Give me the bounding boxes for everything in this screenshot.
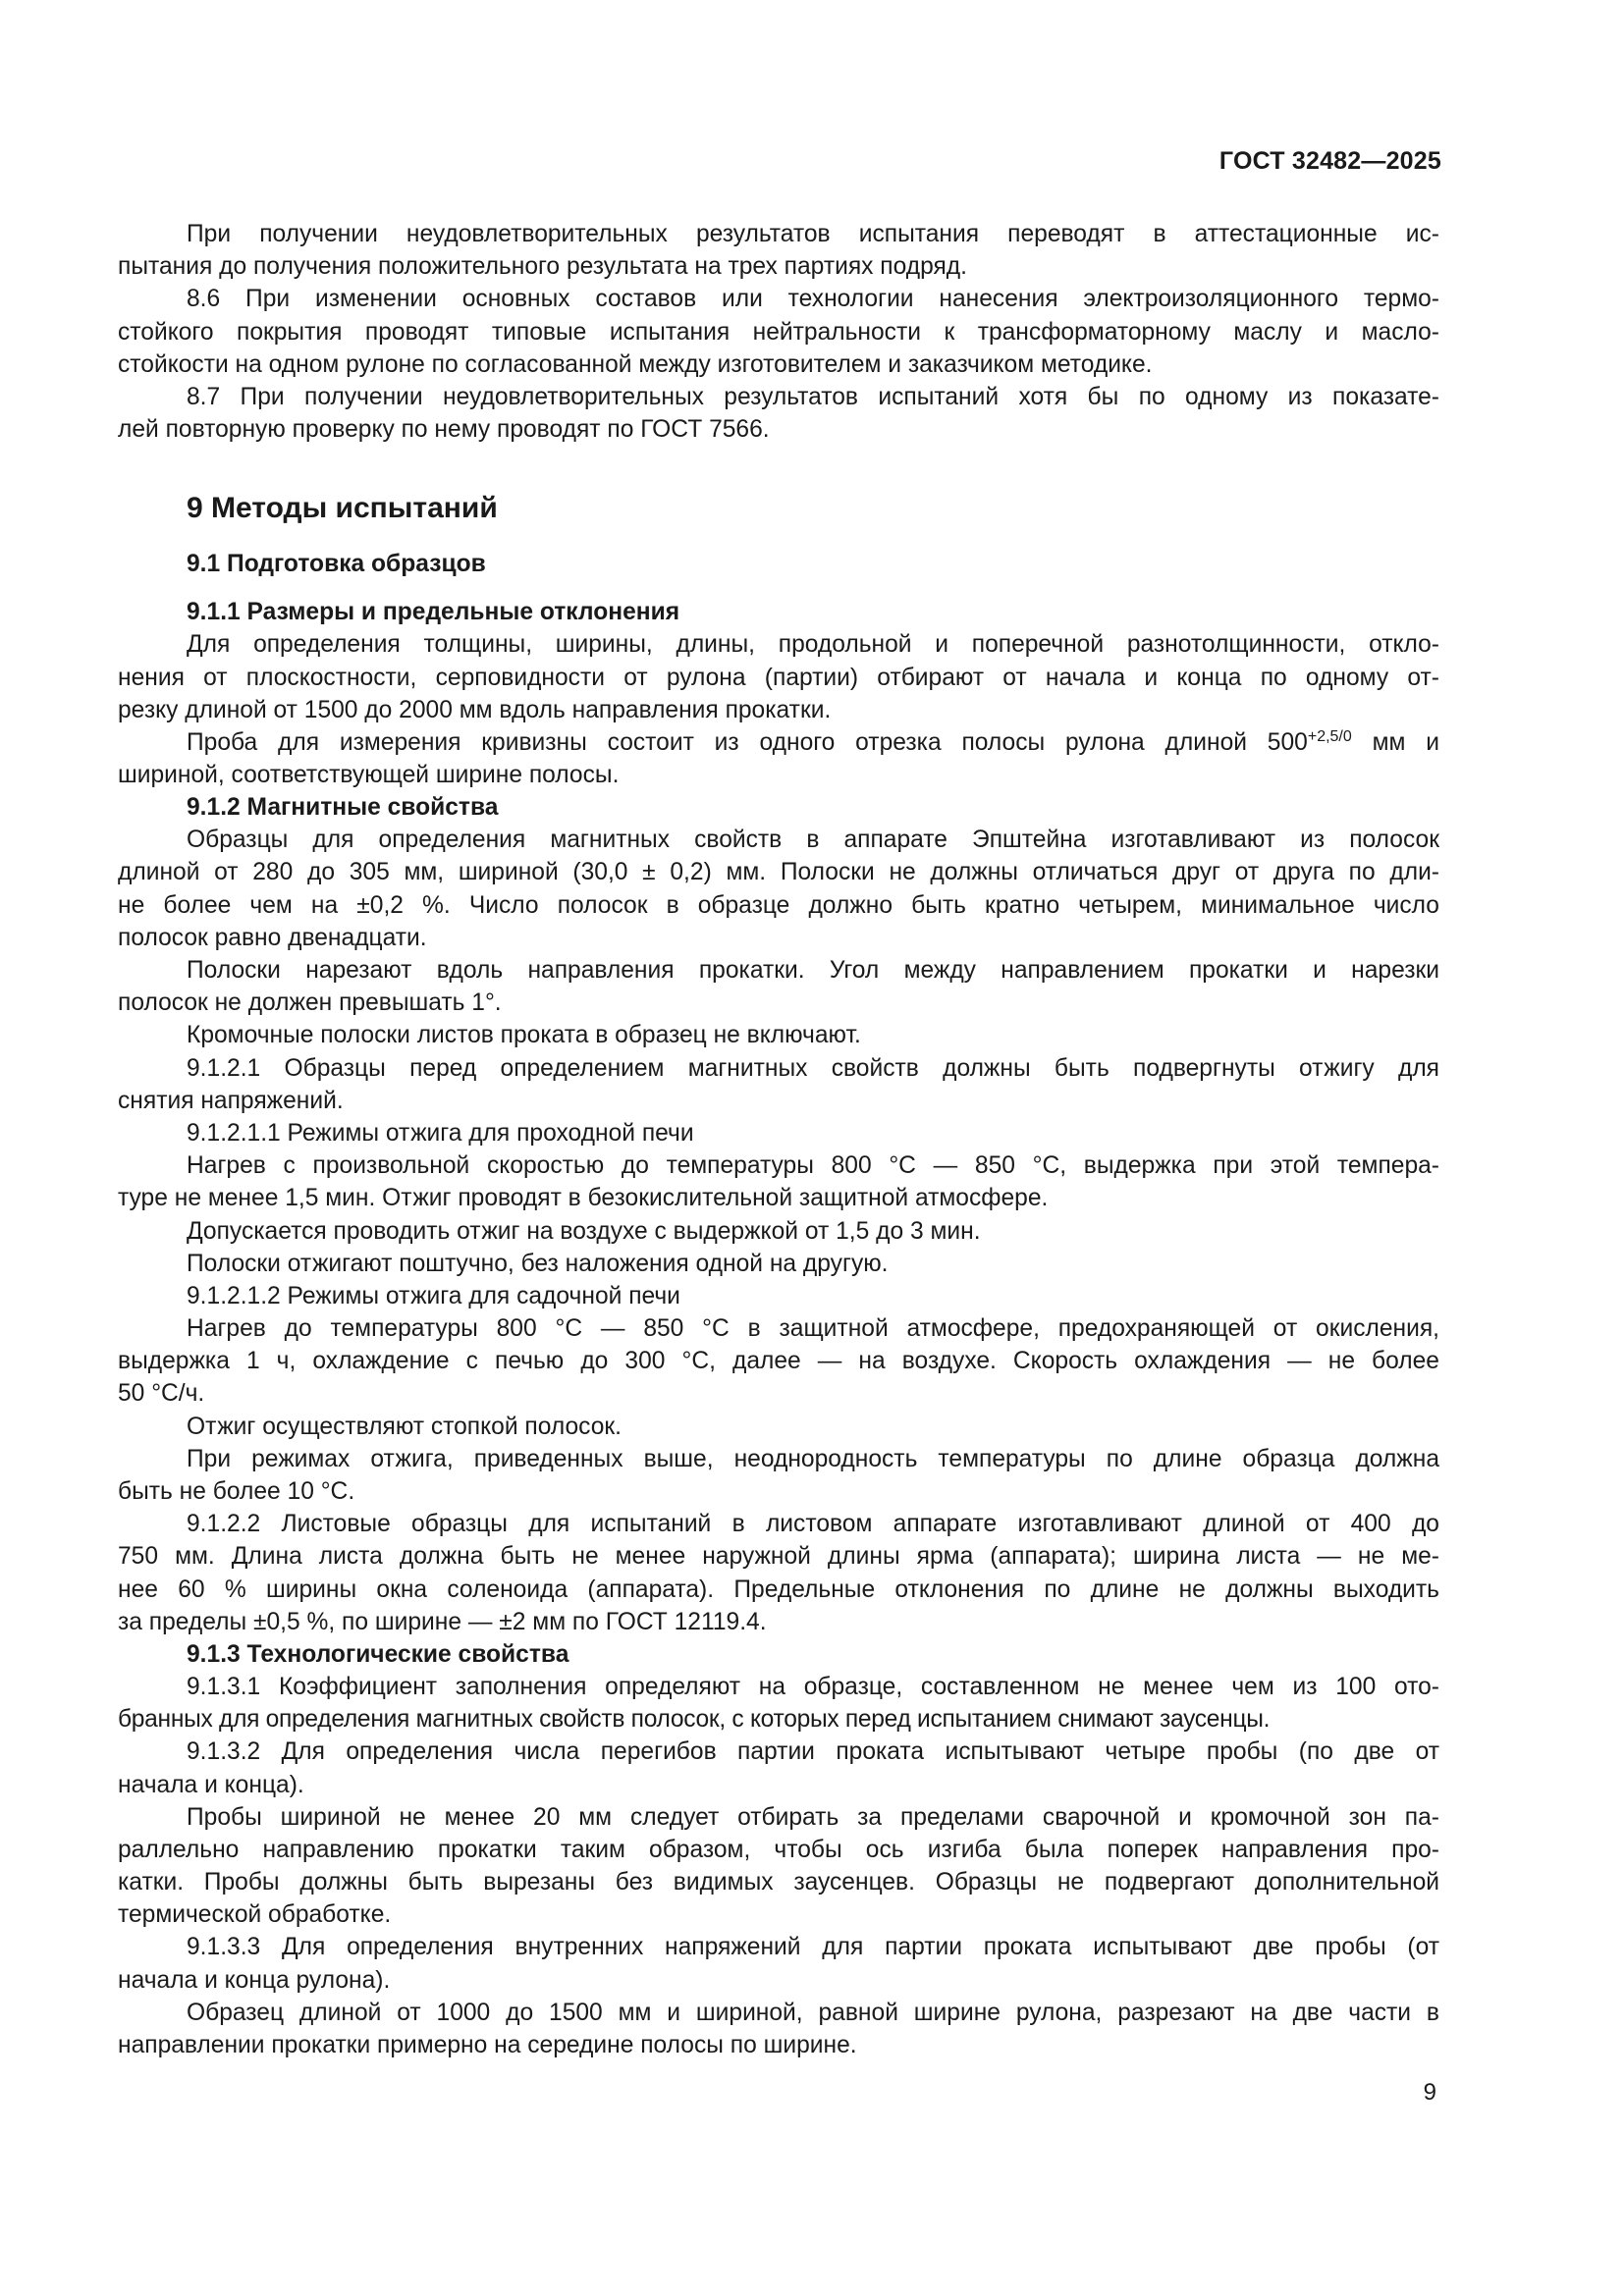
clause-heading-9-1-2-1-2: 9.1.2.1.2 Режимы отжига для садочной печ… xyxy=(118,1280,1439,1312)
subsection-heading-9-1-2: 9.1.2 Магнитные свойства xyxy=(118,791,1439,824)
text-line: 9.1.3.3 Для определения внутренних напря… xyxy=(118,1931,1439,1963)
text-line: 8.6 При изменении основных составов или … xyxy=(118,283,1439,315)
text-line: за пределы ±0,5 %, по ширине — ±2 мм по … xyxy=(118,1606,1439,1638)
text-line: стойкости на одном рулоне по согласованн… xyxy=(118,348,1439,381)
paragraph-9-1-2-1-2-p3: При режимах отжига, приведенных выше, не… xyxy=(118,1443,1439,1508)
text-line: длиной от 280 до 305 мм, шириной (30,0 ±… xyxy=(118,856,1439,888)
subsection-heading-9-1-1: 9.1.1 Размеры и предельные отклонения xyxy=(118,596,1439,628)
paragraph-9-1-3-2-p2: Пробы шириной не менее 20 мм следует отб… xyxy=(118,1801,1439,1932)
paragraph-9-1-3-3-p2: Образец длиной от 1000 до 1500 мм и шири… xyxy=(118,1997,1439,2061)
paragraph-9-1-2-1-2-p2: Отжиг осуществляют стопкой полосок. xyxy=(118,1411,1439,1443)
text-line: раллельно направлению прокатки таким обр… xyxy=(118,1834,1439,1866)
text-line: полосок равно двенадцати. xyxy=(118,922,1439,954)
text-line: Нагрев до температуры 800 °C — 850 °C в … xyxy=(118,1312,1439,1345)
paragraph-9-1-2-1-1-p2: Допускается проводить отжиг на воздухе с… xyxy=(118,1215,1439,1248)
text-line: Проба для измерения кривизны состоит из … xyxy=(118,726,1439,759)
text-line: 9.1.2.2 Листовые образцы для испытаний в… xyxy=(118,1508,1439,1540)
text-line: туре не менее 1,5 мин. Отжиг проводят в … xyxy=(118,1182,1439,1214)
paragraph-9-1-2-p1: Образцы для определения магнитных свойст… xyxy=(118,824,1439,954)
paragraph-8-6: 8.6 При изменении основных составов или … xyxy=(118,283,1439,381)
section-heading-9: 9 Методы испытаний xyxy=(118,489,1439,528)
text-line: катки. Пробы должны быть вырезаны без ви… xyxy=(118,1866,1439,1898)
text-run: мм и xyxy=(1352,729,1439,756)
paragraph-9-1-2-1-2-p1: Нагрев до температуры 800 °C — 850 °C в … xyxy=(118,1312,1439,1411)
text-line: Образцы для определения магнитных свойст… xyxy=(118,824,1439,856)
text-line: начала и конца). xyxy=(118,1769,1439,1801)
text-line: Полоски нарезают вдоль направления прока… xyxy=(118,954,1439,987)
paragraph-8-7: 8.7 При получении неудовлетворительных р… xyxy=(118,381,1439,446)
text-line: Для определения толщины, ширины, длины, … xyxy=(118,628,1439,661)
text-line: не более чем на ±0,2 %. Число полосок в … xyxy=(118,889,1439,922)
text-line: начала и конца рулона). xyxy=(118,1964,1439,1997)
paragraph-9-1-2-2: 9.1.2.2 Листовые образцы для испытаний в… xyxy=(118,1508,1439,1638)
paragraph-9-1-2-p3: Кромочные полоски листов проката в образ… xyxy=(118,1019,1439,1051)
document-code: ГОСТ 32482—2025 xyxy=(1219,147,1441,176)
text-line: нее 60 % ширины окна соленоида (аппарата… xyxy=(118,1574,1439,1606)
paragraph-8-5-tail: При получении неудовлетворительных резул… xyxy=(118,218,1439,283)
text-line: 750 мм. Длина листа должна быть не менее… xyxy=(118,1540,1439,1573)
paragraph-9-1-1-p2: Проба для измерения кривизны состоит из … xyxy=(118,726,1439,791)
paragraph-9-1-1-p1: Для определения толщины, ширины, длины, … xyxy=(118,628,1439,726)
page-body: При получении неудовлетворительных резул… xyxy=(118,218,1439,2061)
text-line: 9.1.3.1 Коэффициент заполнения определяю… xyxy=(118,1671,1439,1703)
paragraph-9-1-3-1: 9.1.3.1 Коэффициент заполнения определяю… xyxy=(118,1671,1439,1735)
text-line: 8.7 При получении неудовлетворительных р… xyxy=(118,381,1439,413)
text-line: направлении прокатки примерно на середин… xyxy=(118,2029,1439,2061)
text-line: 9.1.3.2 Для определения числа перегибов … xyxy=(118,1735,1439,1768)
text-line: нения от плоскостности, серповидности от… xyxy=(118,662,1439,694)
clause-heading-9-1-2-1-1: 9.1.2.1.1 Режимы отжига для проходной пе… xyxy=(118,1117,1439,1149)
paragraph-9-1-2-1-1-p3: Полоски отжигают поштучно, без наложения… xyxy=(118,1248,1439,1280)
text-line: выдержка 1 ч, охлаждение с печью до 300 … xyxy=(118,1345,1439,1377)
text-line: снятия напряжений. xyxy=(118,1085,1439,1117)
paragraph-9-1-2-p2: Полоски нарезают вдоль направления прока… xyxy=(118,954,1439,1019)
text-line: резку длиной от 1500 до 2000 мм вдоль на… xyxy=(118,694,1439,726)
subsection-heading-9-1: 9.1 Подготовка образцов xyxy=(118,548,1439,580)
page-number: 9 xyxy=(1424,2079,1436,2107)
paragraph-9-1-3-3: 9.1.3.3 Для определения внутренних напря… xyxy=(118,1931,1439,1996)
text-line: лей повторную проверку по нему проводят … xyxy=(118,413,1439,446)
text-line: быть не более 10 °C. xyxy=(118,1475,1439,1508)
paragraph-9-1-3-2: 9.1.3.2 Для определения числа перегибов … xyxy=(118,1735,1439,1800)
text-line: При режимах отжига, приведенных выше, не… xyxy=(118,1443,1439,1475)
text-line: Образец длиной от 1000 до 1500 мм и шири… xyxy=(118,1997,1439,2029)
paragraph-9-1-2-1: 9.1.2.1 Образцы перед определением магни… xyxy=(118,1052,1439,1117)
text-line: 9.1.2.1 Образцы перед определением магни… xyxy=(118,1052,1439,1085)
text-line: стойкого покрытия проводят типовые испыт… xyxy=(118,316,1439,348)
paragraph-9-1-2-1-1-p1: Нагрев с произвольной скоростью до темпе… xyxy=(118,1149,1439,1214)
text-line: Нагрев с произвольной скоростью до темпе… xyxy=(118,1149,1439,1182)
text-line: шириной, соответствующей ширине полосы. xyxy=(118,759,1439,791)
tolerance-superscript: +2,5/0 xyxy=(1308,728,1352,745)
text-line: пытания до получения положительного резу… xyxy=(118,250,1439,283)
text-line: термической обработке. xyxy=(118,1898,1439,1931)
text-line: При получении неудовлетворительных резул… xyxy=(118,218,1439,250)
text-line: полосок не должен превышать 1°. xyxy=(118,987,1439,1019)
text-line: 50 °C/ч. xyxy=(118,1377,1439,1410)
text-line: Пробы шириной не менее 20 мм следует отб… xyxy=(118,1801,1439,1834)
subsection-heading-9-1-3: 9.1.3 Технологические свойства xyxy=(118,1638,1439,1671)
text-line: бранных для определения магнитных свойст… xyxy=(118,1703,1439,1735)
text-run: Проба для измерения кривизны состоит из … xyxy=(187,729,1308,756)
